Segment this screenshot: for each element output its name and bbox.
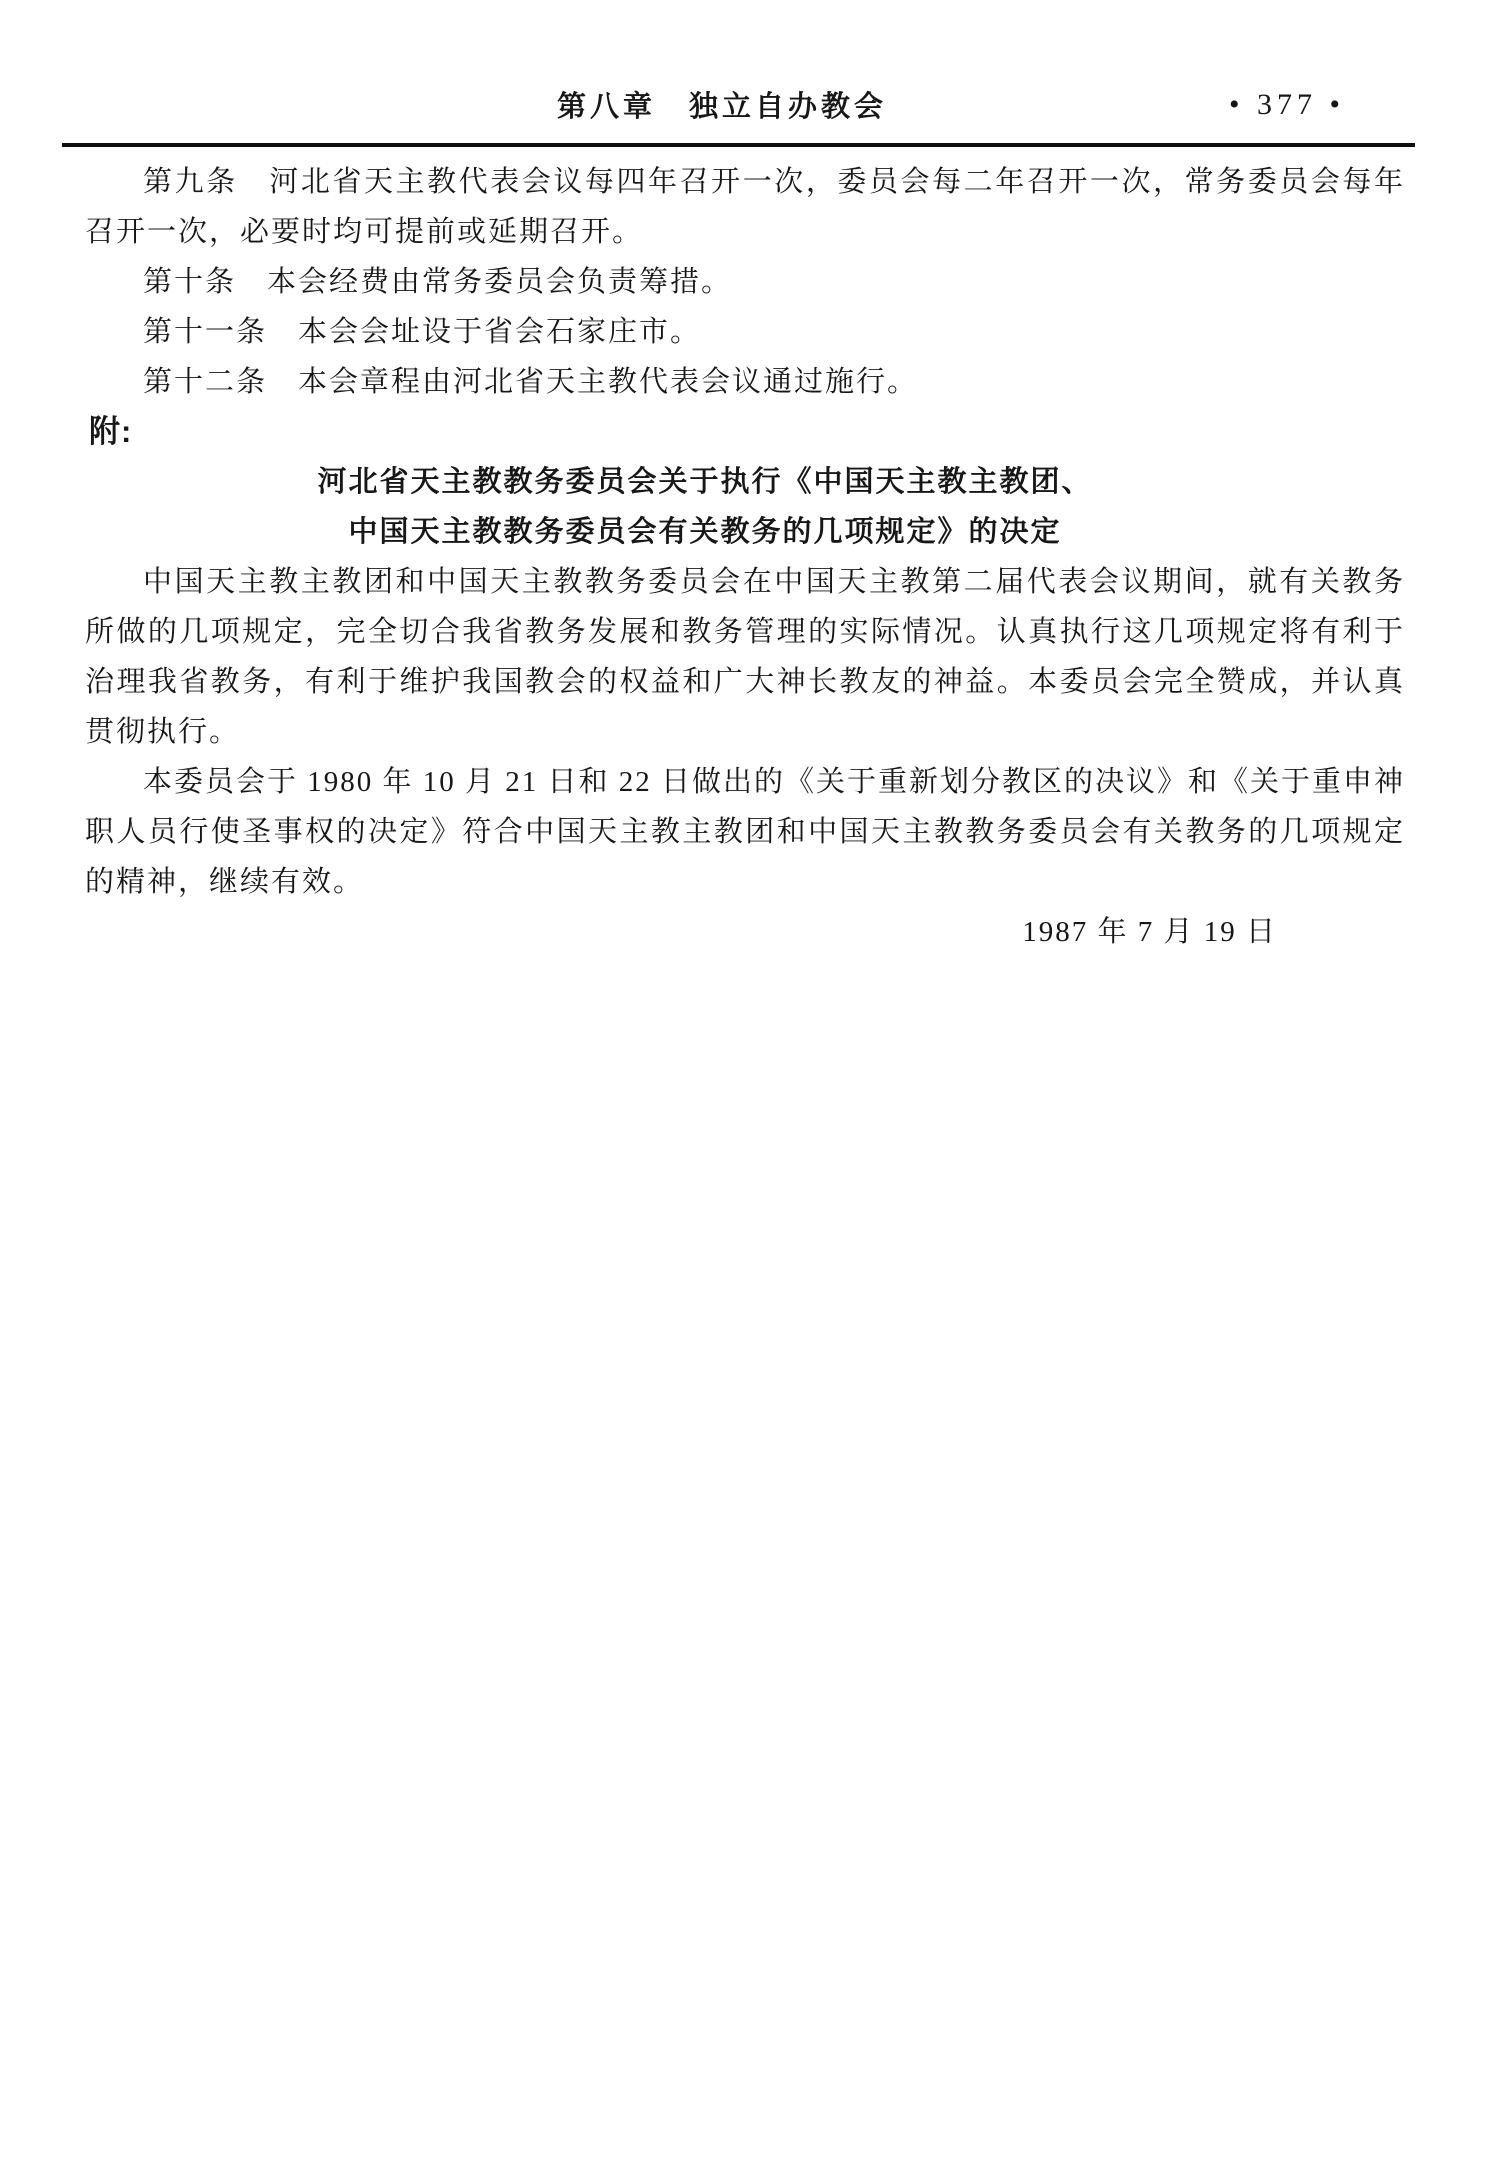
- attachment-title-line1: 河北省天主教教务委员会关于执行《中国天主教主教团、: [45, 457, 1365, 507]
- article-10: 第十条 本会经费由常务委员会负责筹措。: [85, 257, 1405, 307]
- header-rule: [62, 143, 1415, 147]
- chapter-heading: 第八章 独立自办教会: [557, 88, 887, 126]
- article-11: 第十一条 本会会址设于省会石家庄市。: [85, 307, 1405, 357]
- attachment-date: 1987 年 7 月 19 日: [85, 907, 1405, 957]
- article-9: 第九条 河北省天主教代表会议每四年召开一次，委员会每二年召开一次，常务委员会每年…: [85, 157, 1405, 257]
- page-number: • 377 •: [1229, 86, 1345, 124]
- attachment-paragraph-2: 本委员会于 1980 年 10 月 21 日和 22 日做出的《关于重新划分教区…: [85, 757, 1405, 907]
- attachment-title: 河北省天主教教务委员会关于执行《中国天主教主教团、 中国天主教教务委员会有关教务…: [45, 457, 1365, 557]
- article-12: 第十二条 本会章程由河北省天主教代表会议通过施行。: [85, 357, 1405, 407]
- scanned-book-page: 第八章 独立自办教会 • 377 • 第九条 河北省天主教代表会议每四年召开一次…: [0, 0, 1500, 2169]
- text-column: 第九条 河北省天主教代表会议每四年召开一次，委员会每二年召开一次，常务委员会每年…: [85, 157, 1405, 957]
- attachment-paragraph-1: 中国天主教主教团和中国天主教教务委员会在中国天主教第二届代表会议期间，就有关教务…: [85, 557, 1405, 757]
- attachment-title-line2: 中国天主教教务委员会有关教务的几项规定》的决定: [45, 507, 1365, 557]
- running-head: 第八章 独立自办教会 • 377 •: [85, 88, 1415, 130]
- attachment-label: 附:: [85, 407, 1405, 457]
